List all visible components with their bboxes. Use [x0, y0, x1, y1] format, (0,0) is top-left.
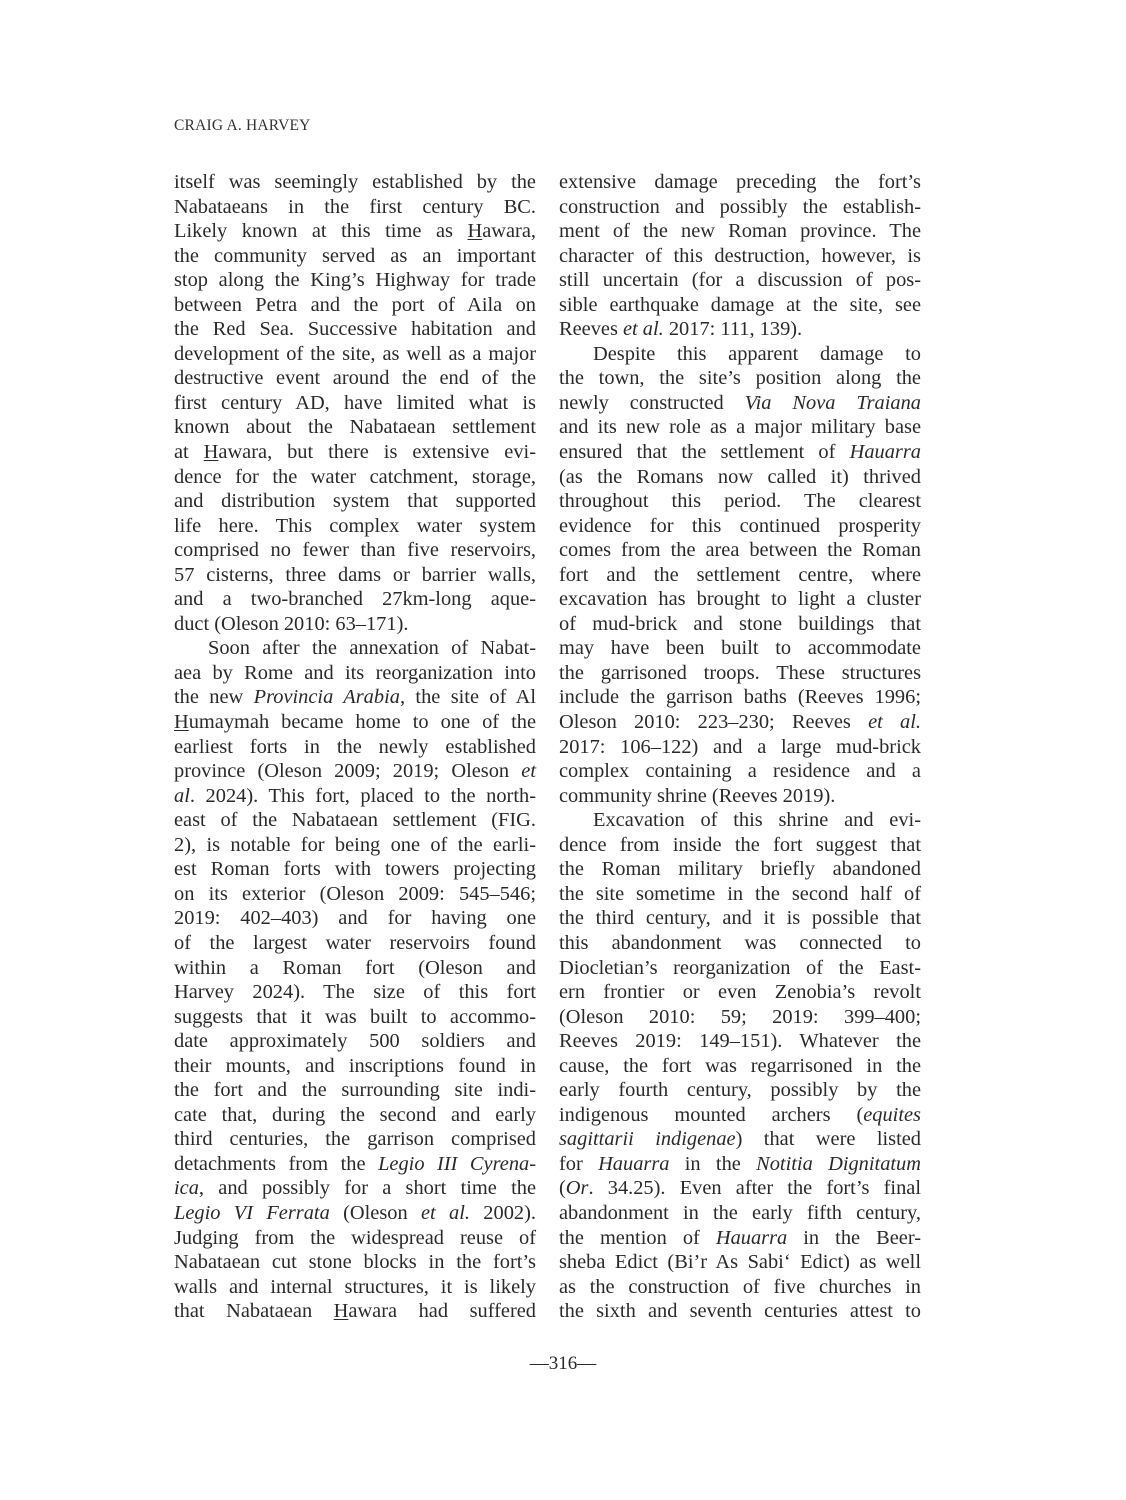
text-run: 2019: 402–403) and for having one — [174, 907, 536, 929]
text-line: (Oleson 2010: 59; 2019: 399–400; — [559, 1005, 921, 1030]
text-run: of the largest water reservoirs found — [174, 932, 536, 954]
text-run: of mud-brick and stone buildings that — [559, 613, 921, 635]
text-run: Nabataeans in the first century BC. — [174, 196, 536, 218]
text-run: earliest forts in the newly established — [174, 736, 536, 758]
italic-text: Legio III Cyrena- — [378, 1153, 536, 1175]
text-run: the town, the site’s position along the — [559, 367, 921, 389]
text-line: Harvey 2024). The size of this fort — [174, 980, 536, 1005]
text-line: early fourth century, possibly by the — [559, 1078, 921, 1103]
text-line: still uncertain (for a discussion of pos… — [559, 268, 921, 293]
text-line: (Or. 34.25). Even after the fort’s final — [559, 1176, 921, 1201]
running-head: CRAIG A. HARVEY — [174, 117, 311, 135]
text-run: the third century, and it is possible th… — [559, 907, 921, 929]
text-run: sible earthquake damage at the site, see — [559, 294, 921, 316]
text-line: comprised no fewer than five reservoirs, — [174, 538, 536, 563]
text-run: character of this destruction, however, … — [559, 245, 921, 267]
text-run: the fort and the surrounding site indi- — [174, 1079, 536, 1101]
text-line: of the largest water reservoirs found — [174, 931, 536, 956]
text-line: dence from inside the fort suggest that — [559, 833, 921, 858]
italic-text: Hauarra — [716, 1227, 787, 1249]
italic-text: equites — [863, 1104, 921, 1126]
text-line: Excavation of this shrine and evi- — [559, 808, 921, 833]
text-run: Harvey 2024). The size of this fort — [174, 981, 536, 1003]
text-run: ment of the new Roman province. The — [559, 220, 921, 242]
text-line: first century AD, have limited what is — [174, 391, 536, 416]
text-line: walls and internal structures, it is lik… — [174, 1275, 536, 1300]
text-run: awara had suffered — [348, 1300, 536, 1322]
text-run: sheba Edict (Bi’r As Sabi‘ Edict) as wel… — [559, 1251, 921, 1273]
text-line: for Hauarra in the Notitia Dignitatum — [559, 1152, 921, 1177]
italic-text: sagittarii indigenae — [559, 1128, 736, 1150]
text-run: Nabataean cut stone blocks in the fort’s — [174, 1251, 536, 1273]
text-line: the town, the site’s position along the — [559, 366, 921, 391]
text-line: Humaymah became home to one of the — [174, 710, 536, 735]
italic-text: Notitia Dignitatum — [756, 1153, 921, 1175]
text-run: Judging from the widespread reuse of — [174, 1227, 536, 1249]
text-line: sagittarii indigenae) that were listed — [559, 1127, 921, 1152]
text-line: Diocletian’s reorganization of the East- — [559, 956, 921, 981]
text-line: aea by Rome and its reorganization into — [174, 661, 536, 686]
text-line: Nabataean cut stone blocks in the fort’s — [174, 1250, 536, 1275]
text-run: ( — [559, 1177, 566, 1199]
text-run: in the — [669, 1153, 756, 1175]
text-run: fort and the settlement centre, where — [559, 564, 921, 586]
text-run: (Oleson 2010: 59; 2019: 399–400; — [559, 1006, 921, 1028]
text-run: the site sometime in the second half of — [559, 883, 921, 905]
text-run: . 2024). This fort, placed to the north- — [190, 785, 536, 807]
text-run: third centuries, the garrison comprised — [174, 1128, 536, 1150]
left-column: itself was seemingly established by theN… — [174, 170, 536, 1324]
italic-text: ica — [174, 1177, 199, 1199]
text-line: Judging from the widespread reuse of — [174, 1226, 536, 1251]
italic-text: Or — [566, 1177, 589, 1199]
italic-text: et al. — [868, 711, 921, 733]
text-run: cause, the fort was regarrisoned in the — [559, 1055, 921, 1077]
text-line: character of this destruction, however, … — [559, 244, 921, 269]
text-line: newly constructed Via Nova Traiana — [559, 391, 921, 416]
text-line: and a two-branched 27km-long aque- — [174, 587, 536, 612]
text-line: the new Provincia Arabia, the site of Al — [174, 685, 536, 710]
text-run: community shrine (Reeves 2019). — [559, 785, 835, 807]
text-run: evidence for this continued prosperity — [559, 515, 921, 537]
text-run: . 34.25). Even after the fort’s final — [588, 1177, 921, 1199]
text-run: known about the Nabataean settlement — [174, 416, 536, 438]
text-run: as the construction of five churches in — [559, 1276, 921, 1298]
text-line: ern frontier or even Zenobia’s revolt — [559, 980, 921, 1005]
text-run: still uncertain (for a discussion of pos… — [559, 269, 921, 291]
text-run: the Red Sea. Successive habitation and — [174, 318, 536, 340]
text-run: Despite this apparent damage to — [593, 343, 921, 365]
text-line: 2017: 106–122) and a large mud-brick — [559, 735, 921, 760]
text-run: the mention of — [559, 1227, 716, 1249]
text-line: may have been built to accommodate — [559, 636, 921, 661]
text-run: dence from inside the fort suggest that — [559, 834, 921, 856]
text-run: (Oleson — [330, 1202, 421, 1224]
text-run: extensive damage preceding the fort’s — [559, 171, 921, 193]
text-line: the Red Sea. Successive habitation and — [174, 317, 536, 342]
text-run: development of the site, as well as a ma… — [174, 343, 536, 365]
text-line: within a Roman fort (Oleson and — [174, 956, 536, 981]
text-run: est Roman forts with towers projecting — [174, 858, 536, 880]
text-line: date approximately 500 soldiers and — [174, 1029, 536, 1054]
text-line: construction and possibly the establish- — [559, 195, 921, 220]
text-line: ment of the new Roman province. The — [559, 219, 921, 244]
text-line: the site sometime in the second half of — [559, 882, 921, 907]
text-line: province (Oleson 2009; 2019; Oleson et — [174, 759, 536, 784]
text-line: this abandonment was connected to — [559, 931, 921, 956]
text-run: the Roman military briefly abandoned — [559, 858, 921, 880]
text-run: Diocletian’s reorganization of the East- — [559, 957, 921, 979]
text-line: ensured that the settlement of Hauarra — [559, 440, 921, 465]
text-run: duct (Oleson 2010: 63–171). — [174, 613, 408, 635]
text-run: for — [559, 1153, 598, 1175]
text-run: east of the Nabataean settlement (FIG. — [174, 809, 536, 831]
text-line: the community served as an important — [174, 244, 536, 269]
text-line: est Roman forts with towers projecting — [174, 857, 536, 882]
text-run: Oleson 2010: 223–230; Reeves — [559, 711, 868, 733]
text-run: this abandonment was connected to — [559, 932, 921, 954]
text-run: the community served as an important — [174, 245, 536, 267]
text-line: excavation has brought to light a cluste… — [559, 587, 921, 612]
page-number: —316— — [0, 1353, 1126, 1375]
text-line: destructive event around the end of the — [174, 366, 536, 391]
text-run: between Petra and the port of Aila on — [174, 294, 536, 316]
text-run: the sixth and seventh centuries attest t… — [559, 1300, 921, 1322]
text-line: east of the Nabataean settlement (FIG. — [174, 808, 536, 833]
text-line: at Hawara, but there is extensive evi- — [174, 440, 536, 465]
text-run: Reeves — [559, 318, 623, 340]
text-line: Nabataeans in the first century BC. — [174, 195, 536, 220]
text-line: the Roman military briefly abandoned — [559, 857, 921, 882]
text-run: newly constructed — [559, 392, 745, 414]
text-run: ern frontier or even Zenobia’s revolt — [559, 981, 921, 1003]
text-line: the sixth and seventh centuries attest t… — [559, 1299, 921, 1324]
text-run: complex containing a residence and a — [559, 760, 921, 782]
text-line: ica, and possibly for a short time the — [174, 1176, 536, 1201]
underlined-letter: H — [174, 711, 189, 733]
text-line: the fort and the surrounding site indi- — [174, 1078, 536, 1103]
text-run: aea by Rome and its reorganization into — [174, 662, 536, 684]
underlined-letter: H — [334, 1300, 349, 1322]
underlined-letter: H — [204, 441, 219, 463]
text-run: include the garrison baths (Reeves 1996; — [559, 686, 921, 708]
text-run: , the site of Al — [400, 686, 536, 708]
italic-text: et al. — [421, 1202, 470, 1224]
text-line: Legio VI Ferrata (Oleson et al. 2002). — [174, 1201, 536, 1226]
text-run: within a Roman fort (Oleson and — [174, 957, 536, 979]
text-run: the new — [174, 686, 254, 708]
text-line: earliest forts in the newly established — [174, 735, 536, 760]
text-run: comes from the area between the Roman — [559, 539, 921, 561]
text-run: , and possibly for a short time the — [199, 1177, 536, 1199]
text-run: awara, but there is extensive evi- — [218, 441, 536, 463]
text-line: sheba Edict (Bi’r As Sabi‘ Edict) as wel… — [559, 1250, 921, 1275]
text-line: Reeves 2019: 149–151). Whatever the — [559, 1029, 921, 1054]
italic-text: Legio VI Ferrata — [174, 1202, 330, 1224]
text-line: that Nabataean Hawara had suffered — [174, 1299, 536, 1324]
text-run: indigenous mounted archers ( — [559, 1104, 863, 1126]
text-run: on its exterior (Oleson 2009: 545–546; — [174, 883, 536, 905]
text-line: itself was seemingly established by the — [174, 170, 536, 195]
text-run: in the Beer- — [787, 1227, 921, 1249]
text-run: throughout this period. The clearest — [559, 490, 921, 512]
text-run: stop along the King’s Highway for trade — [174, 269, 536, 291]
text-run: Excavation of this shrine and evi- — [593, 809, 921, 831]
text-line: evidence for this continued prosperity — [559, 514, 921, 539]
italic-text: et — [521, 760, 536, 782]
text-run: their mounts, and inscriptions found in — [174, 1055, 536, 1077]
underlined-letter: H — [468, 220, 483, 242]
text-line: between Petra and the port of Aila on — [174, 293, 536, 318]
text-line: Reeves et al. 2017: 111, 139). — [559, 317, 921, 342]
italic-text: Hauarra — [598, 1153, 669, 1175]
text-line: their mounts, and inscriptions found in — [174, 1054, 536, 1079]
text-run: 2002). — [470, 1202, 536, 1224]
text-run: suggests that it was built to accommo- — [174, 1006, 536, 1028]
text-line: dence for the water catchment, storage, — [174, 465, 536, 490]
text-line: duct (Oleson 2010: 63–171). — [174, 612, 536, 637]
text-line: life here. This complex water system — [174, 514, 536, 539]
text-line: the third century, and it is possible th… — [559, 906, 921, 931]
text-run: detachments from the — [174, 1153, 378, 1175]
text-run: and a two-branched 27km-long aque- — [174, 588, 536, 610]
text-line: as the construction of five churches in — [559, 1275, 921, 1300]
text-run: 2017: 106–122) and a large mud-brick — [559, 736, 921, 758]
italic-text: et al. — [623, 318, 664, 340]
text-run: ensured that the settlement of — [559, 441, 850, 463]
text-line: development of the site, as well as a ma… — [174, 342, 536, 367]
text-run: cate that, during the second and early — [174, 1104, 536, 1126]
text-run: date approximately 500 soldiers and — [174, 1030, 536, 1052]
text-line: Soon after the annexation of Nabat- — [174, 636, 536, 661]
text-run: (as the Romans now called it) thrived — [559, 466, 921, 488]
text-run: awara, — [482, 220, 536, 242]
text-line: the garrisoned troops. These structures — [559, 661, 921, 686]
text-line: complex containing a residence and a — [559, 759, 921, 784]
text-run: Likely known at this time as — [174, 220, 468, 242]
text-run: the garrisoned troops. These structures — [559, 662, 921, 684]
text-line: of mud-brick and stone buildings that — [559, 612, 921, 637]
text-run: early fourth century, possibly by the — [559, 1079, 921, 1101]
text-run: umaymah became home to one of the — [189, 711, 536, 733]
text-run: abandonment in the early fifth century, — [559, 1202, 921, 1224]
text-line: suggests that it was built to accommo- — [174, 1005, 536, 1030]
text-line: indigenous mounted archers (equites — [559, 1103, 921, 1128]
text-run: 57 cisterns, three dams or barrier walls… — [174, 564, 536, 586]
italic-text: Provincia Arabia — [254, 686, 400, 708]
text-line: al. 2024). This fort, placed to the nort… — [174, 784, 536, 809]
text-line: sible earthquake damage at the site, see — [559, 293, 921, 318]
text-run: dence for the water catchment, storage, — [174, 466, 536, 488]
text-line: abandonment in the early fifth century, — [559, 1201, 921, 1226]
text-run: construction and possibly the establish- — [559, 196, 921, 218]
text-run: destructive event around the end of the — [174, 367, 536, 389]
italic-text: Via Nova Traiana — [745, 392, 921, 414]
text-line: extensive damage preceding the fort’s — [559, 170, 921, 195]
text-run: and its new role as a major military bas… — [559, 416, 921, 438]
text-run: ) that were listed — [736, 1128, 921, 1150]
text-line: known about the Nabataean settlement — [174, 415, 536, 440]
text-line: 57 cisterns, three dams or barrier walls… — [174, 563, 536, 588]
text-line: 2), is notable for being one of the earl… — [174, 833, 536, 858]
text-line: cate that, during the second and early — [174, 1103, 536, 1128]
text-line: and distribution system that supported — [174, 489, 536, 514]
italic-text: Hauarra — [850, 441, 921, 463]
text-line: Despite this apparent damage to — [559, 342, 921, 367]
text-run: and distribution system that supported — [174, 490, 536, 512]
text-line: cause, the fort was regarrisoned in the — [559, 1054, 921, 1079]
text-line: comes from the area between the Roman — [559, 538, 921, 563]
text-line: and its new role as a major military bas… — [559, 415, 921, 440]
text-run: at — [174, 441, 204, 463]
text-line: the mention of Hauarra in the Beer- — [559, 1226, 921, 1251]
text-run: 2017: 111, 139). — [664, 318, 802, 340]
text-run: province (Oleson 2009; 2019; Oleson — [174, 760, 521, 782]
text-line: on its exterior (Oleson 2009: 545–546; — [174, 882, 536, 907]
text-line: 2019: 402–403) and for having one — [174, 906, 536, 931]
text-run: 2), is notable for being one of the earl… — [174, 834, 536, 856]
text-run: walls and internal structures, it is lik… — [174, 1276, 536, 1298]
text-run: Soon after the annexation of Nabat- — [208, 637, 536, 659]
text-line: detachments from the Legio III Cyrena- — [174, 1152, 536, 1177]
italic-text: al — [174, 785, 190, 807]
text-line: third centuries, the garrison comprised — [174, 1127, 536, 1152]
right-column: extensive damage preceding the fort’scon… — [559, 170, 921, 1324]
text-run: itself was seemingly established by the — [174, 171, 536, 193]
text-run: Reeves 2019: 149–151). Whatever the — [559, 1030, 921, 1052]
text-line: fort and the settlement centre, where — [559, 563, 921, 588]
text-run: comprised no fewer than five reservoirs, — [174, 539, 536, 561]
text-run: first century AD, have limited what is — [174, 392, 536, 414]
text-run: excavation has brought to light a cluste… — [559, 588, 921, 610]
text-run: that Nabataean — [174, 1300, 334, 1322]
text-line: community shrine (Reeves 2019). — [559, 784, 921, 809]
text-line: include the garrison baths (Reeves 1996; — [559, 685, 921, 710]
text-line: (as the Romans now called it) thrived — [559, 465, 921, 490]
text-line: stop along the King’s Highway for trade — [174, 268, 536, 293]
text-line: Oleson 2010: 223–230; Reeves et al. — [559, 710, 921, 735]
text-line: throughout this period. The clearest — [559, 489, 921, 514]
text-run: may have been built to accommodate — [559, 637, 921, 659]
text-run: life here. This complex water system — [174, 515, 536, 537]
text-line: Likely known at this time as Hawara, — [174, 219, 536, 244]
